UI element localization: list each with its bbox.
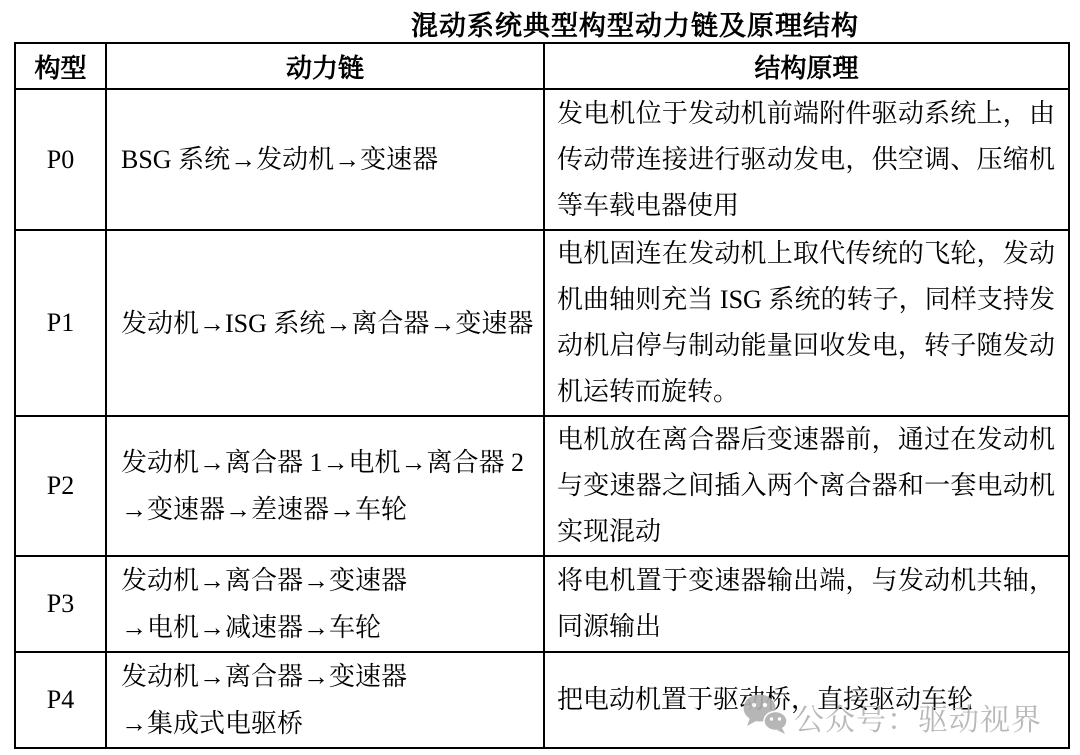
header-principle: 结构原理 — [544, 43, 1069, 89]
chain-cell: BSG 系统→发动机→变速器 — [106, 89, 544, 230]
header-type: 构型 — [15, 43, 106, 89]
hybrid-config-table: 构型 动力链 结构原理 P0 BSG 系统→发动机→变速器 发电机位于发动机前端… — [14, 42, 1070, 749]
table-row-p3: P3 发动机→离合器→变速器 →电机→减速器→车轮 将电机置于变速器输出端，与发… — [15, 556, 1069, 652]
table-row-p1: P1 发动机→ISG 系统→离合器→变速器 电机固连在发动机上取代传统的飞轮，发… — [15, 230, 1069, 416]
principle-cell: 把电动机置于驱动桥，直接驱动车轮 — [544, 652, 1069, 748]
principle-cell: 电机放在离合器后变速器前，通过在发动机与变速器之间插入两个离合器和一套电动机实现… — [544, 416, 1069, 556]
type-cell: P4 — [15, 652, 106, 748]
table-row-p0: P0 BSG 系统→发动机→变速器 发电机位于发动机前端附件驱动系统上，由传动带… — [15, 89, 1069, 230]
type-cell: P1 — [15, 230, 106, 416]
type-cell: P3 — [15, 556, 106, 652]
type-cell: P0 — [15, 89, 106, 230]
document-page: 混动系统典型构型动力链及原理结构 构型 动力链 结构原理 P0 BSG 系统→发… — [0, 0, 1080, 755]
table-header-row: 构型 动力链 结构原理 — [15, 43, 1069, 89]
table-row-p4: P4 发动机→离合器→变速器 →集成式电驱桥 把电动机置于驱动桥，直接驱动车轮 — [15, 652, 1069, 748]
chain-cell: 发动机→离合器 1→电机→离合器 2 →变速器→差速器→车轮 — [106, 416, 544, 556]
chain-cell: 发动机→离合器→变速器 →电机→减速器→车轮 — [106, 556, 544, 652]
table-row-p2: P2 发动机→离合器 1→电机→离合器 2 →变速器→差速器→车轮 电机放在离合… — [15, 416, 1069, 556]
type-cell: P2 — [15, 416, 106, 556]
page-title: 混动系统典型构型动力链及原理结构 — [0, 4, 1080, 43]
principle-cell: 电机固连在发动机上取代传统的飞轮，发动机曲轴则充当 ISG 系统的转子，同样支持… — [544, 230, 1069, 416]
header-chain: 动力链 — [106, 43, 544, 89]
principle-cell: 将电机置于变速器输出端，与发动机共轴，同源输出 — [544, 556, 1069, 652]
principle-cell: 发电机位于发动机前端附件驱动系统上，由传动带连接进行驱动发电，供空调、压缩机等车… — [544, 89, 1069, 230]
chain-cell: 发动机→离合器→变速器 →集成式电驱桥 — [106, 652, 544, 748]
chain-cell: 发动机→ISG 系统→离合器→变速器 — [106, 230, 544, 416]
